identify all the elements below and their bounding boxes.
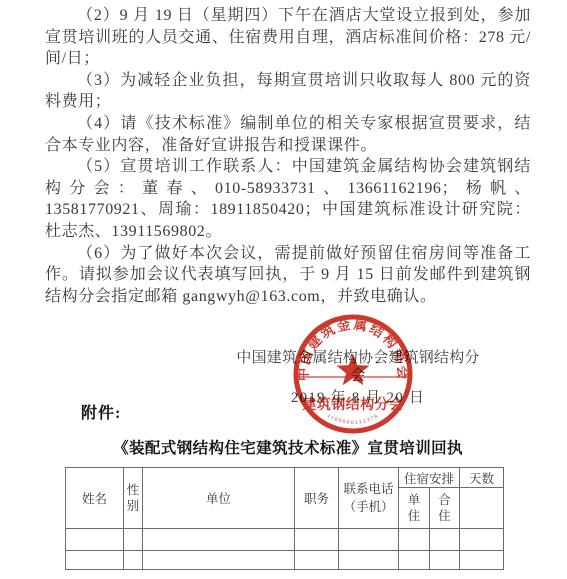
table-cell [399,551,430,570]
official-seal-stamp: 中国建筑金属结构协会 建筑钢结构分会 1100000112378 [291,312,415,436]
seal-bottom-text: 建筑钢结构分会 [302,396,404,413]
table-cell [124,529,143,551]
table-cell [460,529,504,551]
table-cell [66,551,124,570]
col-header-shared-room: 合 住 [430,488,460,529]
col-header-single-room: 单 住 [399,488,430,529]
table-cell [143,529,295,551]
table-cell [295,551,339,570]
document-body: （2）9 月 19 日（星期四）下午在酒店大堂设立报到处，参加宣贯培训班的人员交… [45,5,531,307]
col-header-organization: 单位 [143,468,295,529]
col-header-phone: 联系电话 （手机） [339,468,399,529]
col-header-accommodation: 住宿安排 [399,468,460,488]
col-header-days-sub-empty [460,488,504,529]
body-paragraph: （3）为减轻企业负担，每期宣贯培训只收取每人 800 元的资料费用； [45,70,531,113]
return-table: 姓名 性 别 单位 职务 联系电话 （手机） 住宿安排 天数 单 住 合 住 [65,467,504,570]
seal-serial-number: 1100000112378 [326,413,380,426]
body-paragraph: （4）请《技术标准》编制单位的相关专家根据宣贯要求，结合本专业内容，准备好宣讲报… [45,113,531,156]
attachment-label: 附件: [81,400,121,423]
table-cell [339,529,399,551]
page-root: （2）9 月 19 日（星期四）下午在酒店大堂设立报到处，参加宣贯培训班的人员交… [0,0,567,579]
table-cell [143,551,295,570]
table-row [66,529,504,551]
table-cell [124,551,143,570]
table-cell [295,529,339,551]
table-cell [66,529,124,551]
col-header-position: 职务 [295,468,339,529]
table-cell [430,551,460,570]
body-paragraph: （5）宣贯培训工作联系人：中国建筑金属结构协会建筑钢结构分会：董春、010-58… [45,156,531,242]
table-row [66,551,504,570]
col-header-name: 姓名 [66,468,124,529]
svg-text:1100000112378: 1100000112378 [326,413,380,426]
body-paragraph: （2）9 月 19 日（星期四）下午在酒店大堂设立报到处，参加宣贯培训班的人员交… [45,5,531,70]
table-cell [399,529,430,551]
col-header-gender: 性 别 [124,468,143,529]
body-paragraph: （6）为了做好本次会议，需提前做好预留住宿房间等准备工作。请拟参加会议代表填写回… [45,243,531,308]
table-cell [430,529,460,551]
table-cell [460,551,504,570]
form-title: 《装配式钢结构住宅建筑技术标准》宣贯培训回执 [45,436,531,458]
seal-star-icon [336,354,369,386]
table-cell [339,551,399,570]
col-header-days: 天数 [460,468,504,488]
